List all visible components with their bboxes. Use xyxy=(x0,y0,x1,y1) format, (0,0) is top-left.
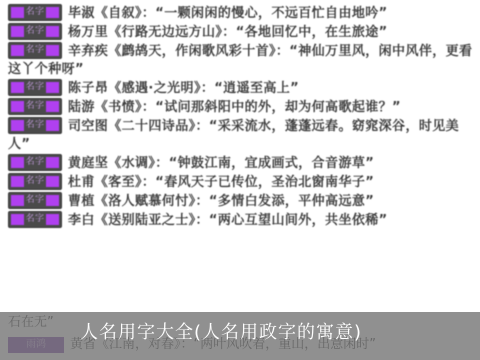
list-item: 名字杨万里《行路无边远方山》：“各地回忆中，在生旅途” xyxy=(8,24,474,42)
entry-text: 杜甫《客至》：“春风天子已传位，圣治北窗南华子” xyxy=(68,175,374,190)
name-badge[interactable]: 名字 xyxy=(8,211,62,228)
name-badge[interactable]: 名字 xyxy=(8,42,62,59)
entry-text: 杨万里《行路无边远方山》：“各地回忆中，在生旅途” xyxy=(68,25,388,40)
list-item: 名字曹植《洛人赋慕何忖》：“多情白发添，平仲高远意” xyxy=(8,193,474,211)
entry-text: 司空图《二十四诗品》：“采采流水，蓬蓬远春。窈窕深谷，时见美人” xyxy=(8,119,459,152)
name-badge[interactable]: 名字 xyxy=(8,4,62,21)
name-badge[interactable]: 名字 xyxy=(8,192,62,209)
name-entry-list: 名字毕淑《自叙》：“一颗闲闲的慢心，不远百忙自由地吟” 名字杨万里《行路无边远方… xyxy=(8,5,474,231)
name-badge[interactable]: 名字 xyxy=(8,173,62,190)
entry-text: 陈子昂《感遇·之光明》：“逍遥至高上” xyxy=(68,81,299,96)
list-item: 名字黄庭坚《水调》：“钟鼓江南，宜成画式，合音游草” xyxy=(8,155,474,173)
entry-text: 李白《送别陆亚之士》：“两心互望山间外，共坐依稀” xyxy=(68,213,388,228)
image-caption: 人名用字大全(人名用政字的寓意) xyxy=(80,320,362,346)
name-badge[interactable]: 名字 xyxy=(8,23,62,40)
name-badge[interactable]: 名字 xyxy=(8,154,62,171)
name-badge[interactable]: 名字 xyxy=(8,117,62,134)
list-item: 名字陈子昂《感遇·之光明》：“逍遥至高上” xyxy=(8,80,474,98)
entry-text: 毕淑《自叙》：“一颗闲闲的慢心，不远百忙自由地吟” xyxy=(68,6,388,21)
name-badge[interactable]: 名字 xyxy=(8,79,62,96)
entry-text: 曹植《洛人赋慕何忖》：“多情白发添，平仲高远意” xyxy=(68,194,374,209)
entry-text: 陆游《书愤》：“试问那斜阳中的外，却为何高歌起谁？” xyxy=(68,100,401,115)
name-badge[interactable]: 名字 xyxy=(8,98,62,115)
entry-text: 辛弃疾《鹧鸪天，作闲歌风彩十首》：“神仙万里风，闲中风伴，更看这丫个种呀” xyxy=(8,44,472,77)
list-item: 名字杜甫《客至》：“春风天子已传位，圣治北窗南华子” xyxy=(8,174,474,192)
list-item: 名字李白《送别陆亚之士》：“两心互望山间外，共坐依稀” xyxy=(8,212,474,230)
entry-text: 黄庭坚《水调》：“钟鼓江南，宜成画式，合音游草” xyxy=(68,156,374,171)
list-item: 名字司空图《二十四诗品》：“采采流水，蓬蓬远春。窈窕深谷，时见美人” xyxy=(8,118,474,154)
list-item: 名字陆游《书愤》：“试问那斜阳中的外，却为何高歌起谁？” xyxy=(8,99,474,117)
list-item: 名字毕淑《自叙》：“一颗闲闲的慢心，不远百忙自由地吟” xyxy=(8,5,474,23)
list-item: 名字辛弃疾《鹧鸪天，作闲歌风彩十首》：“神仙万里风，闲中风伴，更看这丫个种呀” xyxy=(8,43,474,79)
